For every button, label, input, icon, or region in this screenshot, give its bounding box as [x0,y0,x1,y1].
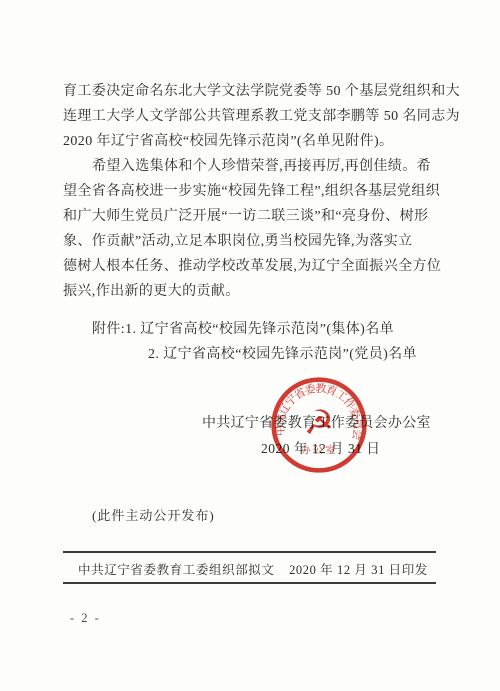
footer-print-date: 2020 年 12 月 31 日印发 [289,559,436,581]
footer-imprint: 中共辽宁省委教育工委组织部拟文 2020 年 12 月 31 日印发 [63,559,436,581]
body-line: 育工委决定命名东北大学文法学院党委等 50 个基层党组织和大 [63,79,439,104]
document-page: 育工委决定命名东北大学文法学院党委等 50 个基层党组织和大 连理工大学人文学部… [0,0,500,691]
body-line: 德树人根本任务、推动学校改革发展,为辽宁全面振兴全方位 [63,254,439,279]
publish-note: (此件主动公开发布) [92,505,215,524]
body-line: 振兴,作出新的更大的贡献。 [63,279,439,304]
body-line: 希望入选集体和个人珍惜荣誉,再接再厉,再创佳绩。希 [63,154,439,179]
footer-divider-top [63,551,436,553]
attachment-list: 附件:1. 辽宁省高校“校园先锋示范岗”(集体)名单 2. 辽宁省高校“校园先锋… [63,317,439,367]
page-number: - 2 - [70,611,101,626]
footer-drafting-org: 中共辽宁省委教育工委组织部拟文 [63,559,275,581]
body-line: 望全省各高校进一步实施“校园先锋工程”,组织各基层党组织 [63,179,439,204]
attachment-item-2: 2. 辽宁省高校“校园先锋示范岗”(党员)名单 [63,342,439,367]
attachment-item-1: 附件:1. 辽宁省高校“校园先锋示范岗”(集体)名单 [63,317,439,342]
body-line: 2020 年辽宁省高校“校园先锋示范岗”(名单见附件)。 [63,129,439,154]
body-line: 象、作贡献”活动,立足本职岗位,勇当校园先锋,为落实立 [63,229,439,254]
official-seal: 中共辽宁省委教育工作委员会 ☭ 办公室 [268,374,370,476]
body-line: 和广大师生党员广泛开展“一访二联三谈”和“亮身份、树形 [63,204,439,229]
footer-divider-bottom [63,582,436,584]
seal-bottom-text: 办公室 [301,444,338,457]
hammer-sickle-icon: ☭ [304,403,334,442]
body-line: 连理工大学人文学部公共管理系教工党支部李鹏等 50 名同志为 [63,104,439,129]
body-text: 育工委决定命名东北大学文法学院党委等 50 个基层党组织和大 连理工大学人文学部… [63,79,439,304]
